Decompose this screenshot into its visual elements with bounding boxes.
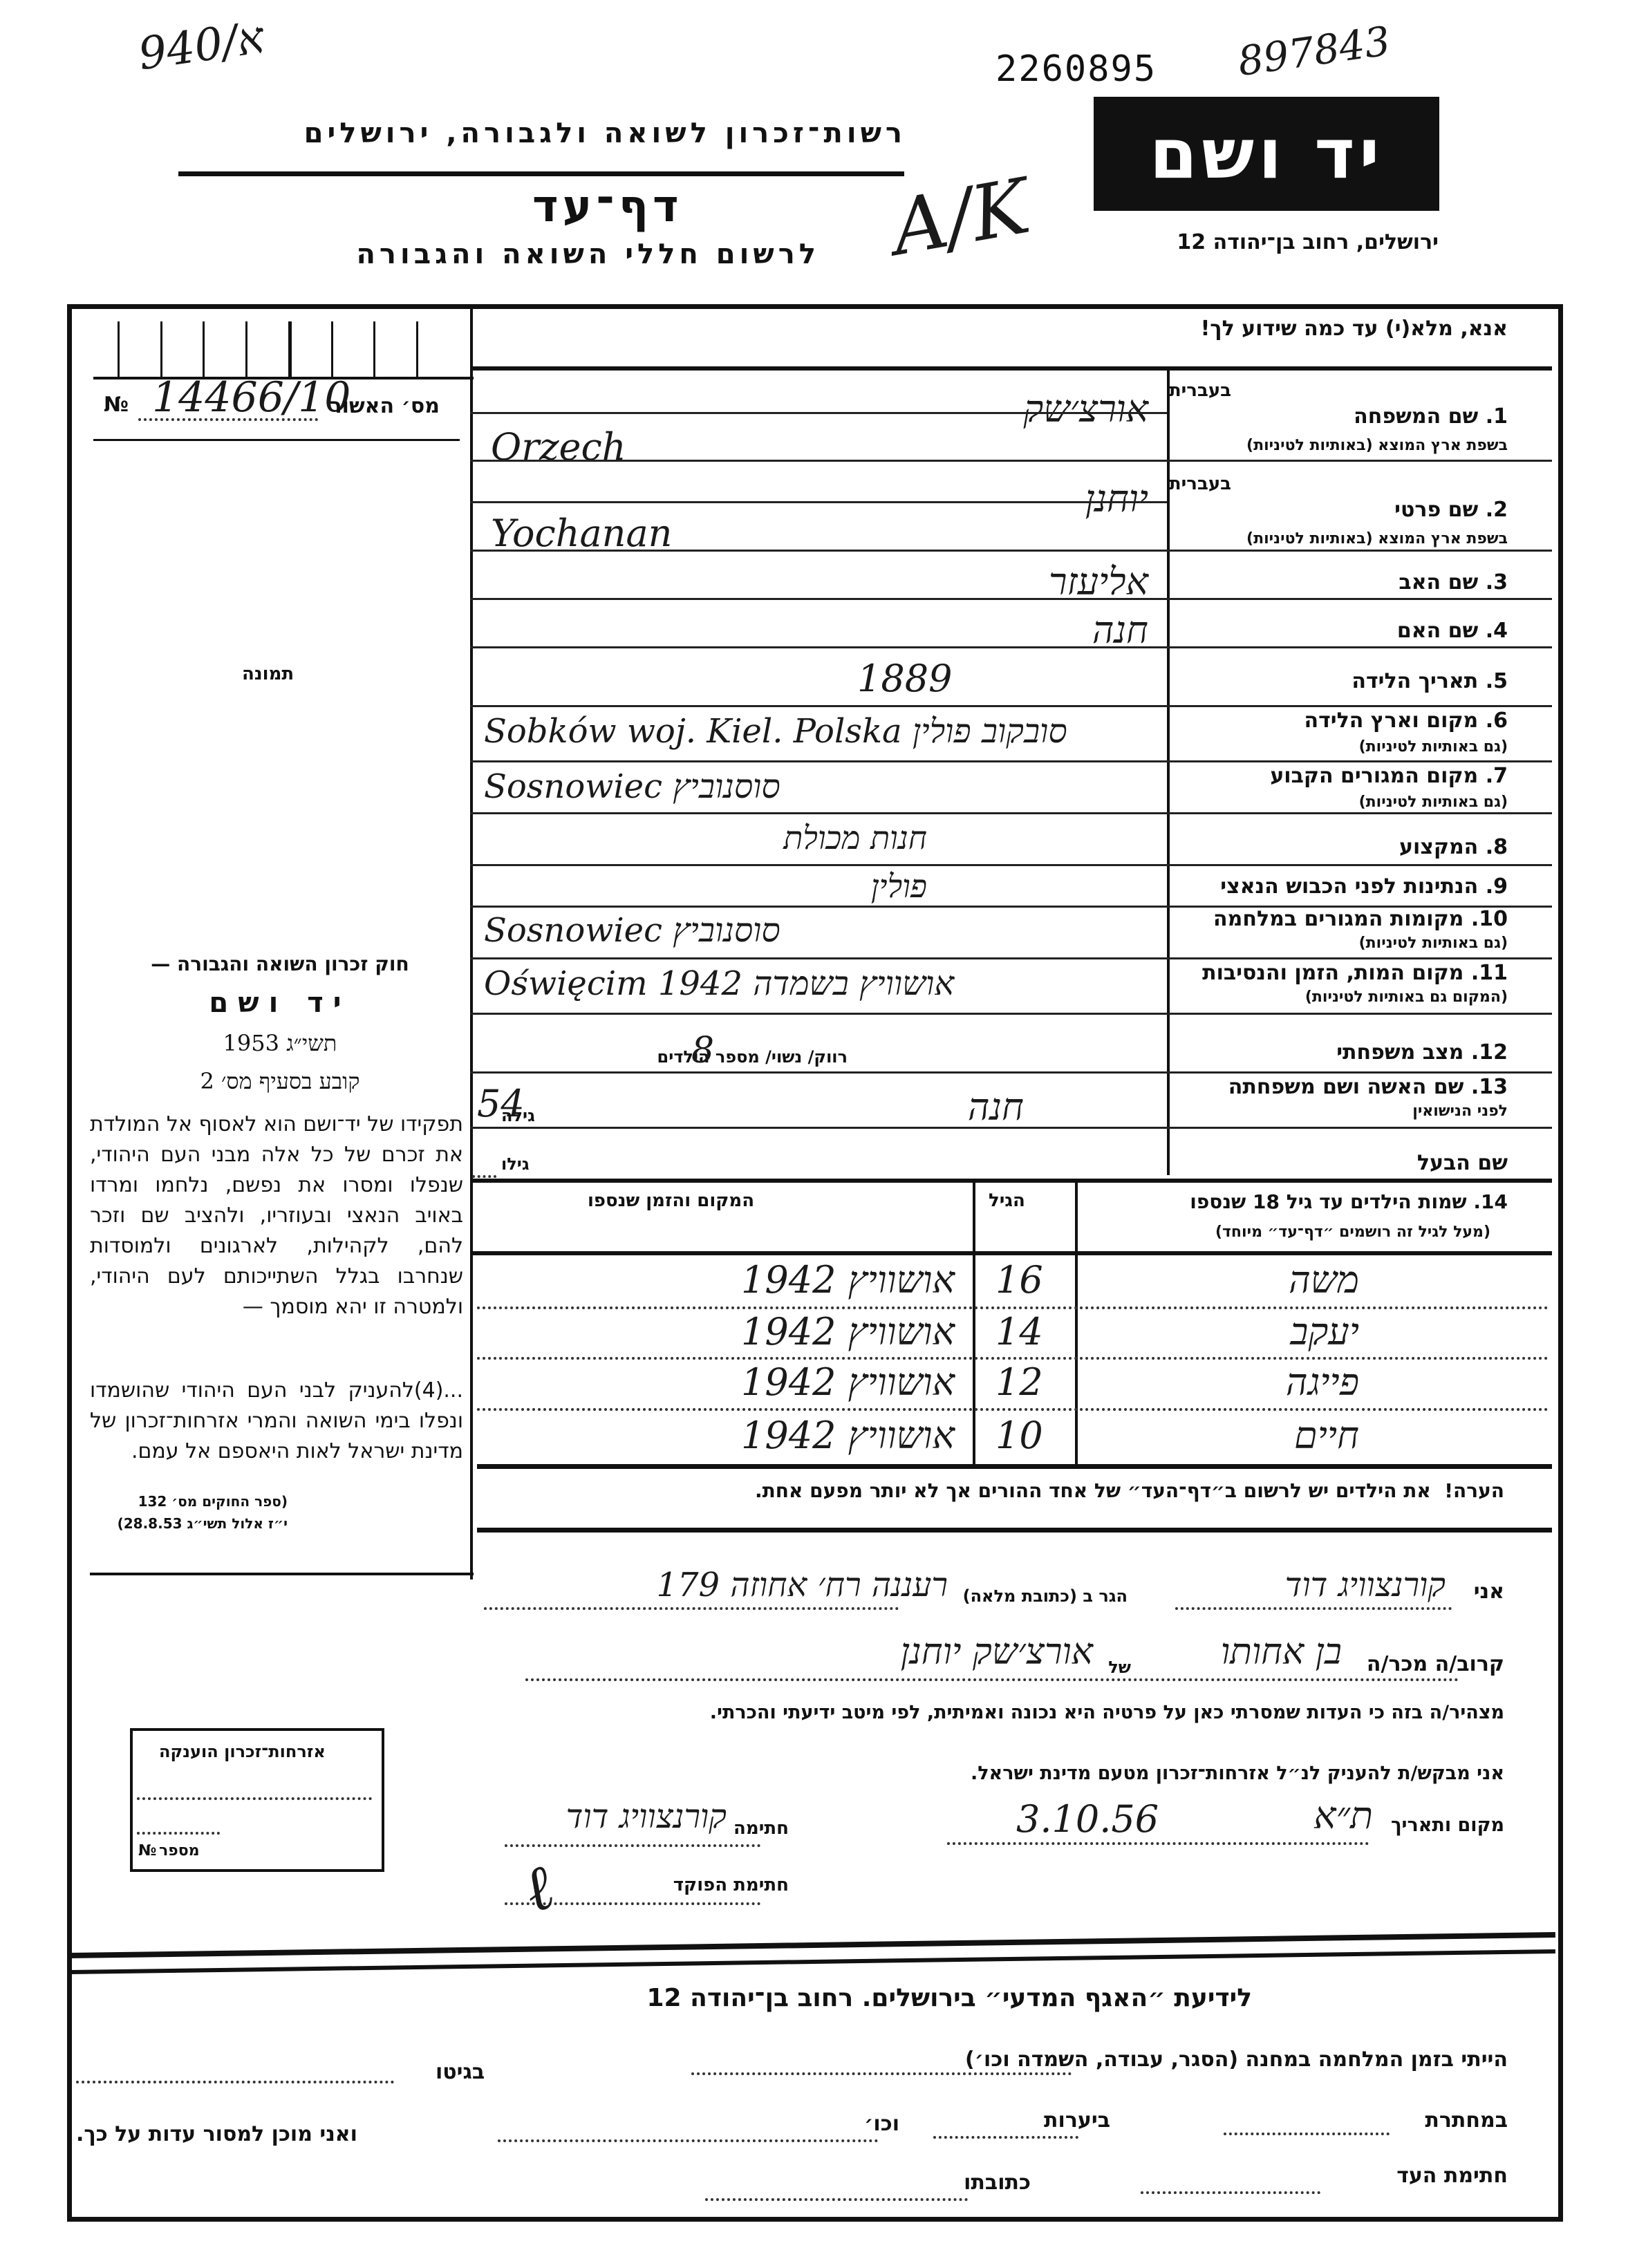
field-1-latin-value[interactable]: Orzech	[491, 425, 626, 469]
field-5-label: 5. תאריך הלידה	[1352, 669, 1508, 693]
field-2-hebrew-tag: בעברית	[1169, 474, 1231, 494]
field-3-number: 3.	[1486, 570, 1508, 594]
yad-vashem-logo: יד ושם	[1094, 97, 1439, 211]
field-9-label-text: הנתינות לפני הכבוש הנאצי	[1220, 874, 1478, 899]
stamp-number: 2260895	[995, 48, 1157, 90]
forests-field	[933, 2136, 1078, 2139]
field-13-age-value[interactable]: 54	[477, 1082, 525, 1125]
law-reference-1: (ספר החוקים מס׳ 132	[138, 1493, 288, 1510]
field-10-value[interactable]: Sosnowiec סוסנוביץ	[484, 911, 780, 950]
field-2-latin-value[interactable]: Yochanan	[491, 512, 672, 555]
field-8-number: 8.	[1486, 835, 1508, 859]
child-name[interactable]: חיים	[1294, 1414, 1359, 1457]
bottom-line-1b: בגיטו	[436, 2060, 485, 2084]
law-heading: חוק זכרון השואה והגבורה —	[97, 953, 463, 975]
field-10-label-text: מקומות המגורים במלחמה	[1213, 907, 1463, 931]
place-date-line	[947, 1842, 1369, 1845]
field-7-value[interactable]: Sosnowiec סוסנוביץ	[484, 767, 780, 806]
relation-value[interactable]: בן אחותו	[1221, 1631, 1342, 1673]
note-label: הערה!	[1444, 1479, 1504, 1502]
ghetto-field	[76, 2081, 394, 2083]
child-place[interactable]: אושוויץ 1942	[741, 1310, 955, 1353]
signature-label: חתימה	[733, 1818, 789, 1839]
field-8-label-text: המקצוע	[1399, 835, 1478, 859]
declaration-request: אני מבקש/ת להעניק לנ״ל אזרחות־זכרון מטעם…	[971, 1763, 1504, 1784]
children-col-place: המקום והזמן שנספו	[588, 1190, 754, 1211]
left-panel-bottom	[90, 1573, 474, 1575]
field-2-divider	[470, 501, 1167, 503]
child-name[interactable]: יעקב	[1290, 1310, 1359, 1353]
row-10-divider	[470, 957, 1552, 959]
child-age[interactable]: 10	[995, 1414, 1043, 1457]
child-name[interactable]: משה	[1289, 1258, 1359, 1302]
row-4-divider	[470, 646, 1552, 648]
field-7-label: 7. מקום המגורים הקבוע	[1270, 764, 1508, 788]
field-1-sub: בשפת ארץ המוצא (באותיות לטיניות)	[1246, 437, 1508, 454]
field-12-children-count[interactable]: 8	[691, 1030, 714, 1071]
bottom-line-1-field	[691, 2072, 1072, 2075]
law-name: יד ושם	[97, 987, 463, 1019]
instruction-divider	[470, 366, 1552, 371]
field-13-value[interactable]: חנה	[968, 1085, 1024, 1129]
form-subtitle: לרשום חללי השואה והגבורה	[356, 238, 820, 270]
signature-value[interactable]: קורנצוויג דוד	[566, 1797, 727, 1836]
field-1-divider	[470, 412, 1167, 414]
row-3-divider	[470, 598, 1552, 600]
field-12-options: רווק/ נשוי/ מספר הילדים	[657, 1047, 848, 1067]
declaration-statement: מצהיר/ה בזה כי העדות שמסרתי כאן על פרטיה…	[710, 1702, 1504, 1723]
approval-number[interactable]: 14466/10	[152, 373, 350, 422]
field-10-sub: (גם באותיות לטיניות)	[1359, 935, 1508, 952]
field-13-label-text: שם האשה ושם משפחתה	[1228, 1075, 1464, 1099]
field-7-label-text: מקום המגורים הקבוע	[1270, 764, 1478, 788]
law-text: תפקידו של יד־ושם הוא לאסוף אל המולדת את …	[90, 1109, 463, 1322]
field-6-number: 6.	[1486, 709, 1508, 733]
field-4-number: 4.	[1486, 619, 1508, 643]
children-heading: 14. שמות הילדים עד גיל 18 שנספו	[1190, 1190, 1508, 1213]
citizenship-box-title: אזרחות־זכרון הוענקה	[159, 1742, 326, 1761]
child-age[interactable]: 16	[995, 1258, 1043, 1302]
field-2-sub: בשפת ארץ המוצא (באותיות לטיניות)	[1246, 530, 1508, 547]
field-1-label: 1. שם המשפחה	[1354, 404, 1508, 429]
bottom-line-2a: במחתרת	[1425, 2108, 1508, 2133]
child-place[interactable]: אושוויץ 1942	[741, 1360, 955, 1404]
left-column-divider	[470, 308, 473, 1580]
citizenship-number-label: מספר	[159, 1842, 200, 1859]
row-14-divider	[470, 1179, 1552, 1183]
note-row: הערה! את הילדים יש לרשום ב״דף־העד״ של אח…	[755, 1479, 1504, 1502]
handwritten-number: 897843	[1235, 17, 1393, 85]
field-6-label: 6. מקום וארץ הלידה	[1304, 709, 1508, 733]
declarant-name[interactable]: קורנצוויג דוד	[1285, 1566, 1446, 1604]
address-line: ירושלים, רחוב בן־יהודה 12	[1177, 230, 1439, 254]
field-5-number: 5.	[1486, 669, 1508, 693]
date-value[interactable]: 3.10.56	[1016, 1797, 1159, 1841]
witness-address-field	[705, 2198, 968, 2201]
field-9-value[interactable]: פולין	[871, 868, 927, 905]
relation-line	[525, 1678, 1459, 1681]
citizenship-box-line-1	[137, 1797, 372, 1800]
children-number: 14.	[1473, 1190, 1508, 1213]
field-4-label: 4. שם האם	[1397, 619, 1508, 643]
child-age[interactable]: 12	[995, 1360, 1043, 1404]
photo-label: תמונה	[242, 664, 294, 684]
field-9-label: 9. הנתינות לפני הכבוש הנאצי	[1220, 874, 1508, 899]
field-8-value[interactable]: חנות מכולת	[783, 819, 927, 856]
field-1-hebrew-tag: בעברית	[1169, 380, 1231, 401]
approval-label: מס׳ האשור	[330, 394, 440, 418]
note-bottom-divider	[477, 1528, 1552, 1533]
row-6-divider	[470, 760, 1552, 762]
row-11-divider	[470, 1013, 1552, 1015]
law-text-2: ...(4)להעניק לבני העם היהודי שהושמדו ונפ…	[90, 1376, 463, 1467]
field-2-number: 2.	[1486, 498, 1508, 522]
instruction-text: אנא, מלא(י) עד כמה שידוע לך!	[1201, 317, 1508, 341]
citizenship-no-sign: №	[138, 1842, 156, 1859]
i-label: אני	[1474, 1580, 1504, 1604]
field-1-label-text: שם המשפחה	[1354, 404, 1478, 429]
bottom-line-2b: ביערות	[1044, 2108, 1110, 2133]
of-label: של	[1108, 1658, 1131, 1677]
child-place[interactable]: אושוויץ 1942	[741, 1414, 955, 1457]
field-9-number: 9.	[1486, 874, 1508, 899]
children-col-divider-1	[973, 1183, 975, 1465]
field-11-sub: (המקום גם באותיות לטיניות)	[1305, 988, 1508, 1006]
row-8-divider	[470, 864, 1552, 866]
row-7-divider	[470, 812, 1552, 814]
bottom-line-2c: וכו׳	[864, 2112, 899, 2136]
witness-signature-field	[1141, 2191, 1320, 2194]
field-12-label: 12. מצב משפחתי	[1336, 1040, 1508, 1065]
field-4-value[interactable]: חנה	[1092, 608, 1148, 652]
address-line	[484, 1607, 899, 1610]
field-5-value[interactable]: 1889	[857, 657, 952, 700]
children-col-age: הגיל	[989, 1190, 1025, 1211]
row-12-divider	[470, 1071, 1552, 1074]
bottom-line-2d: ואני מוכן למסור עדות על כך.	[76, 2122, 357, 2146]
declarant-address[interactable]: רעננה רח׳ אחוזה 179	[656, 1566, 948, 1604]
row-5-divider	[470, 705, 1552, 707]
field-12-number: 12.	[1471, 1040, 1508, 1065]
field-3-label-text: שם האב	[1399, 570, 1478, 594]
field-13-sub: לפני הנישואין	[1412, 1103, 1508, 1120]
child-name[interactable]: פייגה	[1286, 1360, 1359, 1404]
field-10-label: 10. מקומות המגורים במלחמה	[1213, 907, 1508, 931]
field-8-label: 8. המקצוע	[1399, 835, 1508, 859]
field-1-hebrew-value[interactable]: אורצ׳שק	[1023, 387, 1148, 431]
relation-label: קרוב/ה מכר/ה	[1367, 1652, 1504, 1676]
bottom-line-3a: חתימת העד	[1396, 2164, 1508, 2188]
declarant-name-line	[1175, 1607, 1452, 1610]
husband-age-line	[472, 1175, 496, 1178]
signature-line	[505, 1844, 760, 1847]
field-11-number: 11.	[1471, 961, 1508, 985]
children-header-divider	[470, 1251, 1552, 1255]
field-10-number: 10.	[1471, 907, 1508, 931]
law-section: קובע בסעיף מס׳ 2	[97, 1068, 463, 1094]
field-11-label-text: מקום המות, הזמן והנסיבות	[1202, 961, 1463, 985]
officer-signature-label: חתימת הפוקד	[673, 1875, 789, 1895]
field-12-label-text: מצב משפחתי	[1336, 1040, 1463, 1065]
authority-title: רשות־זכרון לשואה ולגבורה, ירושלים	[304, 118, 906, 149]
field-6-value[interactable]: Sobków woj. Kiel. Polska סובקוב פולין	[484, 712, 1067, 751]
initials-mark: A/K	[885, 162, 1036, 273]
field-11-label: 11. מקום המות, הזמן והנסיבות	[1202, 961, 1508, 985]
approval-bottom-line	[93, 439, 460, 441]
law-year: תשי״ג 1953	[97, 1030, 463, 1056]
row-13-divider	[470, 1127, 1552, 1129]
field-3-label: 3. שם האב	[1399, 570, 1508, 594]
children-heading-text: שמות הילדים עד גיל 18 שנספו	[1190, 1190, 1466, 1213]
children-col-divider-2	[1075, 1183, 1078, 1465]
archive-mark: 940/א	[135, 12, 268, 81]
citizenship-box-line-2	[137, 1832, 220, 1835]
field-5-label-text: תאריך הלידה	[1352, 669, 1478, 693]
field-6-label-text: מקום וארץ הלידה	[1304, 709, 1479, 733]
field-2-label: 2. שם פרטי	[1394, 498, 1508, 522]
field-7-sub: (גם באותיות לטיניות)	[1359, 794, 1508, 811]
field-3-value[interactable]: אליעזר	[1049, 560, 1148, 603]
row-1-divider	[470, 460, 1552, 462]
field-2-label-text: שם פרטי	[1394, 498, 1478, 522]
field-13-label: 13. שם האשה ושם משפחתה	[1228, 1075, 1508, 1099]
children-bottom-divider	[477, 1464, 1552, 1469]
etc-field	[498, 2139, 878, 2142]
bottom-line-1a: הייתי בזמן המלחמה במחנה (הסגר, עבודה, הש…	[965, 2047, 1508, 2072]
field-7-number: 7.	[1486, 764, 1508, 788]
law-reference-2: י״ז אלול תשי״ג 28.8.53)	[118, 1515, 288, 1532]
place-date-label: מקום ותאריך	[1391, 1815, 1504, 1836]
form-title: דף־עד	[532, 181, 683, 232]
field-1-number: 1.	[1486, 404, 1508, 429]
field-4-label-text: שם האם	[1397, 619, 1478, 643]
field-13-number: 13.	[1471, 1075, 1508, 1099]
residing-label: הגר ב (כתובת מלאה)	[963, 1586, 1128, 1606]
husband-name-label: שם הבעל	[1417, 1151, 1508, 1175]
child-place[interactable]: אושוויץ 1942	[741, 1258, 955, 1302]
row-2-divider	[470, 550, 1552, 552]
husband-age-label: גילו	[501, 1154, 530, 1174]
child-age[interactable]: 14	[995, 1310, 1043, 1353]
field-2-hebrew-value[interactable]: יוחנן	[1085, 477, 1148, 521]
place-value[interactable]: ת״א	[1313, 1794, 1373, 1837]
bottom-title: לידיעת ״האגף המדעי״ בירושלים. רחוב בן־יה…	[646, 1984, 1252, 2012]
note-text: את הילדים יש לרשום ב״דף־העד״ של אחד ההור…	[755, 1479, 1431, 1502]
underground-field	[1224, 2133, 1390, 2135]
bottom-line-3b: כתובתו	[964, 2171, 1031, 2195]
field-11-value[interactable]: Oświęcim 1942 אושוויץ בשמדה	[484, 964, 954, 1003]
field-6-sub: (גם באותיות לטיניות)	[1359, 738, 1508, 756]
relation-of-value[interactable]: אורצ׳שק יוחנן	[901, 1631, 1093, 1673]
children-subheading: (מעל לגיל זה רושמים ״דף־עד״ מיוחד)	[1215, 1224, 1490, 1241]
declarant-row: אני	[1474, 1580, 1504, 1604]
header-divider	[178, 171, 904, 176]
approval-no-sign: №	[104, 393, 129, 417]
